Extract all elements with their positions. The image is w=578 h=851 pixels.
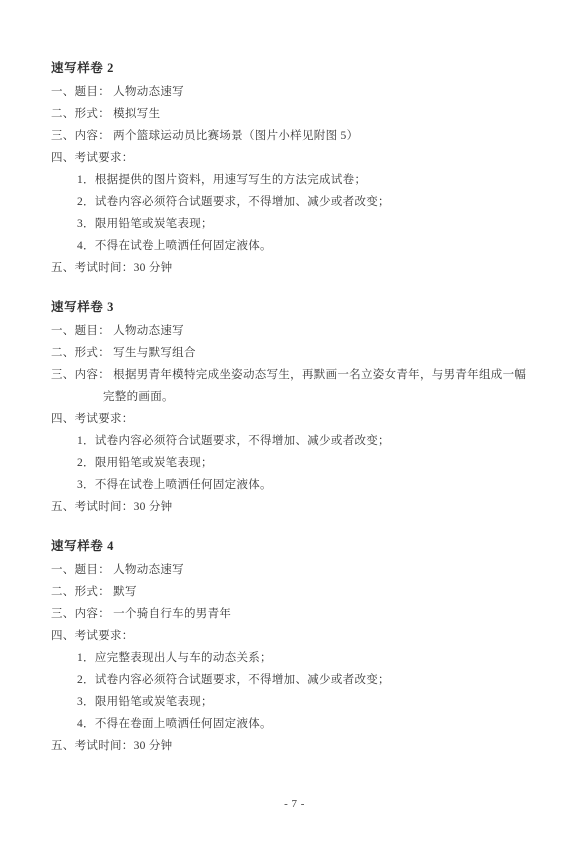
doc-line-requirement-4: 4．不得在卷面上喷洒任何固定液体。 bbox=[51, 713, 538, 735]
doc-line-requirement-3: 3．限用铅笔或炭笔表现； bbox=[51, 691, 538, 713]
doc-line-title: 一、题目： 人物动态速写 bbox=[51, 320, 538, 342]
doc-line-requirement-2: 2．试卷内容必须符合试题要求，不得增加、减少或者改变； bbox=[51, 191, 538, 213]
doc-line-form: 二、形式： 模拟写生 bbox=[51, 103, 538, 125]
page-number: - 7 - bbox=[51, 793, 538, 815]
doc-line-title: 一、题目： 人物动态速写 bbox=[51, 559, 538, 581]
doc-line-duration: 五、考试时间：30 分钟 bbox=[51, 735, 538, 757]
doc-line-content-continued: 完整的画面。 bbox=[51, 386, 538, 408]
section-sketch-sample-2: 速写样卷 2 一、题目： 人物动态速写 二、形式： 模拟写生 三、内容： 两个篮… bbox=[51, 56, 538, 279]
doc-line-title: 一、题目： 人物动态速写 bbox=[51, 81, 538, 103]
doc-line-requirement-1: 1．应完整表现出人与车的动态关系； bbox=[51, 647, 538, 669]
section-sketch-sample-4: 速写样卷 4 一、题目： 人物动态速写 二、形式： 默写 三、内容： 一个骑自行… bbox=[51, 534, 538, 757]
doc-line-duration: 五、考试时间：30 分钟 bbox=[51, 496, 538, 518]
section-heading: 速写样卷 3 bbox=[51, 295, 538, 320]
doc-line-requirement-3: 3．限用铅笔或炭笔表现； bbox=[51, 213, 538, 235]
doc-line-requirement-1: 1．根据提供的图片资料，用速写写生的方法完成试卷； bbox=[51, 169, 538, 191]
doc-line-form: 二、形式： 写生与默写组合 bbox=[51, 342, 538, 364]
doc-line-requirement-1: 1．试卷内容必须符合试题要求，不得增加、减少或者改变； bbox=[51, 430, 538, 452]
doc-line-requirements: 四、考试要求： bbox=[51, 147, 538, 169]
doc-line-requirement-2: 2．限用铅笔或炭笔表现； bbox=[51, 452, 538, 474]
doc-line-content: 三、内容： 一个骑自行车的男青年 bbox=[51, 603, 538, 625]
doc-line-requirement-3: 3．不得在试卷上喷洒任何固定液体。 bbox=[51, 474, 538, 496]
doc-line-content: 三、内容： 两个篮球运动员比赛场景（图片小样见附图 5） bbox=[51, 125, 538, 147]
doc-line-requirement-4: 4．不得在试卷上喷洒任何固定液体。 bbox=[51, 235, 538, 257]
section-sketch-sample-3: 速写样卷 3 一、题目： 人物动态速写 二、形式： 写生与默写组合 三、内容： … bbox=[51, 295, 538, 518]
doc-line-form: 二、形式： 默写 bbox=[51, 581, 538, 603]
document-page: 速写样卷 2 一、题目： 人物动态速写 二、形式： 模拟写生 三、内容： 两个篮… bbox=[0, 0, 578, 851]
doc-line-requirements: 四、考试要求： bbox=[51, 408, 538, 430]
doc-line-duration: 五、考试时间：30 分钟 bbox=[51, 257, 538, 279]
doc-line-requirement-2: 2．试卷内容必须符合试题要求，不得增加、减少或者改变； bbox=[51, 669, 538, 691]
doc-line-content: 三、内容： 根据男青年模特完成坐姿动态写生，再默画一名立姿女青年，与男青年组成一… bbox=[51, 364, 538, 386]
section-heading: 速写样卷 4 bbox=[51, 534, 538, 559]
doc-line-requirements: 四、考试要求： bbox=[51, 625, 538, 647]
section-heading: 速写样卷 2 bbox=[51, 56, 538, 81]
